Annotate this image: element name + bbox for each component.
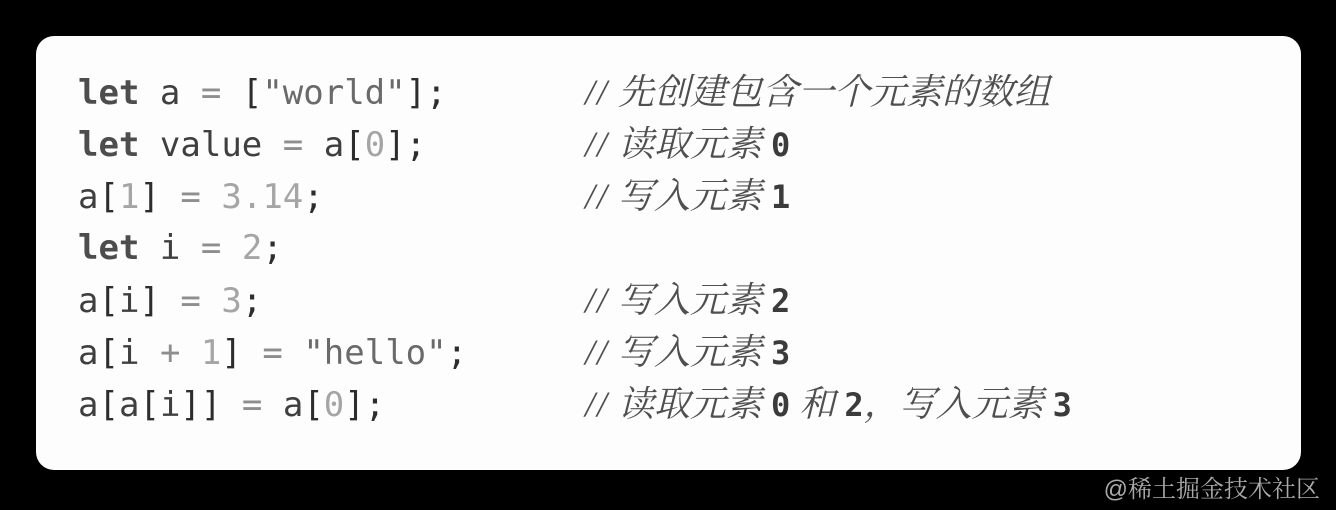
code-card: let a = ["world"];// 先创建包含一个元素的数组let val… <box>36 36 1301 470</box>
code-segment: a[1] = 3.14; <box>78 171 585 223</box>
identifier-token: i <box>119 333 139 373</box>
space-token <box>283 333 303 373</box>
space-token <box>139 333 159 373</box>
operator-token: = <box>201 73 221 113</box>
space-token <box>160 177 180 217</box>
comment-number: 0 <box>771 126 790 164</box>
code-line: let i = 2; <box>78 222 1281 274</box>
number-token: 2 <box>242 228 262 268</box>
space-token <box>221 73 241 113</box>
space-token <box>139 125 159 165</box>
comment-number: 2 <box>844 386 863 424</box>
number-token: 0 <box>365 125 385 165</box>
identifier-token: a <box>324 125 344 165</box>
comment-text: 和 <box>790 384 844 424</box>
code-segment: a[a[i]] = a[0]; <box>78 379 585 431</box>
identifier-token: a <box>78 177 98 217</box>
space-token <box>139 73 159 113</box>
punctuation-token: [ <box>98 177 118 217</box>
comment-text: 读取元素 <box>609 124 771 164</box>
punctuation-token: ]; <box>406 73 447 113</box>
string-token: "world" <box>262 73 405 113</box>
comment-number: 3 <box>1053 386 1072 424</box>
code-segment: let value = a[0]; <box>78 119 585 171</box>
space-token <box>160 281 180 321</box>
number-token: 1 <box>119 177 139 217</box>
comment-text: 写入元素 <box>609 280 771 320</box>
comment-slashes: // <box>585 176 609 216</box>
comment-text: 写入元素 <box>609 332 771 372</box>
punctuation-token: [ <box>344 125 364 165</box>
comment-number: 1 <box>771 178 790 216</box>
space-token <box>262 385 282 425</box>
space-token <box>180 333 200 373</box>
identifier-token: a <box>160 73 180 113</box>
code-segment: let a = ["world"]; <box>78 67 585 119</box>
comment-text: 写入元素 <box>609 176 771 216</box>
punctuation-token: [ <box>242 73 262 113</box>
comment-number: 0 <box>771 386 790 424</box>
keyword-token: let <box>78 125 139 165</box>
code-line: let a = ["world"];// 先创建包含一个元素的数组 <box>78 66 1281 118</box>
operator-token: = <box>180 177 200 217</box>
space-token <box>262 125 282 165</box>
number-token: 3 <box>221 281 241 321</box>
comment-segment: // 读取元素 0 和 2，写入元素 3 <box>585 378 1072 431</box>
operator-token: = <box>242 385 262 425</box>
comment-segment: // 写入元素 3 <box>585 326 790 379</box>
punctuation-token: ; <box>262 228 282 268</box>
number-token: 0 <box>324 385 344 425</box>
space-token <box>242 333 262 373</box>
code-line: a[i] = 3;// 写入元素 2 <box>78 274 1281 326</box>
identifier-token: a <box>78 385 98 425</box>
space-token <box>201 281 221 321</box>
comment-segment: // 写入元素 1 <box>585 170 790 223</box>
comment-segment: // 读取元素 0 <box>585 118 790 171</box>
punctuation-token: [ <box>139 385 159 425</box>
comment-slashes: // <box>585 384 609 424</box>
space-token <box>180 73 200 113</box>
code-segment: a[i + 1] = "hello"; <box>78 327 585 379</box>
operator-token: + <box>160 333 180 373</box>
operator-token: = <box>283 125 303 165</box>
watermark: @稀土掘金技术社区 <box>1104 469 1320 504</box>
string-token: "hello" <box>303 333 446 373</box>
punctuation-token: ]; <box>385 125 426 165</box>
punctuation-token: ; <box>303 177 323 217</box>
space-token <box>303 125 323 165</box>
code-block: let a = ["world"];// 先创建包含一个元素的数组let val… <box>78 66 1281 430</box>
comment-segment: // 写入元素 2 <box>585 274 790 327</box>
number-token: 3.14 <box>221 177 303 217</box>
punctuation-token: [ <box>98 385 118 425</box>
comment-text: 读取元素 <box>609 384 771 424</box>
identifier-token: i <box>160 385 180 425</box>
punctuation-token: [ <box>303 385 323 425</box>
keyword-token: let <box>78 228 139 268</box>
punctuation-token: ; <box>242 281 262 321</box>
space-token <box>139 228 159 268</box>
punctuation-token: ] <box>139 281 159 321</box>
comment-slashes: // <box>585 280 609 320</box>
punctuation-token: ]; <box>344 385 385 425</box>
punctuation-token: ] <box>221 333 241 373</box>
page-background: let a = ["world"];// 先创建包含一个元素的数组let val… <box>0 0 1336 510</box>
identifier-token: a <box>78 333 98 373</box>
punctuation-token: ; <box>447 333 467 373</box>
punctuation-token: [ <box>98 333 118 373</box>
identifier-token: i <box>160 228 180 268</box>
identifier-token: a <box>283 385 303 425</box>
operator-token: = <box>201 228 221 268</box>
code-line: a[a[i]] = a[0];// 读取元素 0 和 2，写入元素 3 <box>78 378 1281 430</box>
number-token: 1 <box>201 333 221 373</box>
code-line: a[i + 1] = "hello";// 写入元素 3 <box>78 326 1281 378</box>
code-line: let value = a[0];// 读取元素 0 <box>78 118 1281 170</box>
space-token <box>180 228 200 268</box>
space-token <box>201 177 221 217</box>
identifier-token: value <box>160 125 262 165</box>
comment-slashes: // <box>585 124 609 164</box>
punctuation-token: [ <box>98 281 118 321</box>
identifier-token: a <box>78 281 98 321</box>
code-segment: let i = 2; <box>78 222 585 274</box>
code-segment: a[i] = 3; <box>78 275 585 327</box>
comment-text: ，写入元素 <box>864 384 1053 424</box>
keyword-token: let <box>78 73 139 113</box>
comment-slashes: // <box>585 72 609 112</box>
operator-token: = <box>180 281 200 321</box>
punctuation-token: ] <box>139 177 159 217</box>
space-token <box>221 228 241 268</box>
operator-token: = <box>262 333 282 373</box>
code-line: a[1] = 3.14;// 写入元素 1 <box>78 170 1281 222</box>
comment-number: 2 <box>771 282 790 320</box>
comment-slashes: // <box>585 332 609 372</box>
comment-segment: // 先创建包含一个元素的数组 <box>585 66 1050 118</box>
punctuation-token: ]] <box>180 385 221 425</box>
space-token <box>221 385 241 425</box>
identifier-token: i <box>119 281 139 321</box>
identifier-token: a <box>119 385 139 425</box>
comment-number: 3 <box>771 334 790 372</box>
comment-text: 先创建包含一个元素的数组 <box>609 72 1050 112</box>
